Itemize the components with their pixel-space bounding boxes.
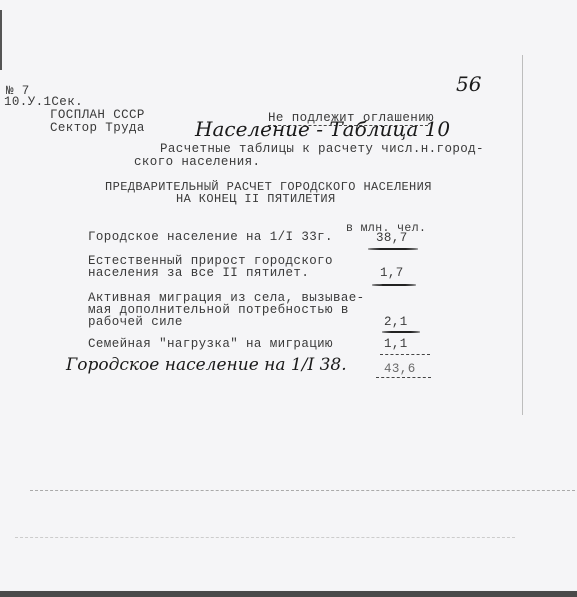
- total-rule-top: [380, 354, 430, 355]
- total-handwritten-label: Городское население на 1/I 38.: [66, 355, 347, 375]
- subtitle-line-1: Расчетные таблицы к расчету числ.н.город…: [160, 142, 484, 156]
- value-underline: [368, 248, 418, 250]
- title-line-2: НА КОНЕЦ II ПЯТИЛЕТИЯ: [176, 192, 336, 206]
- date-secret: 10.У.1Сек.: [4, 95, 83, 109]
- scan-artifact-line: [15, 537, 515, 538]
- scan-artifact-line: [30, 490, 575, 491]
- row-2-value: 1,7: [380, 266, 404, 280]
- page-number: 56: [456, 72, 481, 96]
- row-4-label: Семейная "нагрузка" на миграцию: [88, 337, 333, 351]
- row-1-label: Городское население на 1/I 33г.: [88, 230, 333, 244]
- row-2-label-2: населения за все II пятилет.: [88, 266, 309, 280]
- org-name: ГОСПЛАН СССР: [50, 108, 145, 122]
- handwritten-title: Население - Таблица 10: [195, 117, 450, 141]
- total-value: 43,6: [384, 362, 416, 376]
- scan-bottom-edge: [0, 591, 577, 597]
- total-rule-bottom: [376, 377, 431, 378]
- row-1-value: 38,7: [376, 231, 408, 245]
- scan-edge: [0, 10, 2, 70]
- value-underline: [372, 284, 416, 286]
- subtitle-line-2: ского населения.: [134, 155, 260, 169]
- row-3-value: 2,1: [384, 315, 408, 329]
- fold-line: [522, 55, 523, 415]
- row-3-label-3: рабочей силе: [88, 315, 183, 329]
- document-page: 56 № 7 10.У.1Сек. ГОСПЛАН СССР Сектор Тр…: [0, 0, 577, 590]
- row-4-value: 1,1: [384, 337, 408, 351]
- value-underline: [382, 331, 420, 333]
- dept-name: Сектор Труда: [50, 121, 145, 135]
